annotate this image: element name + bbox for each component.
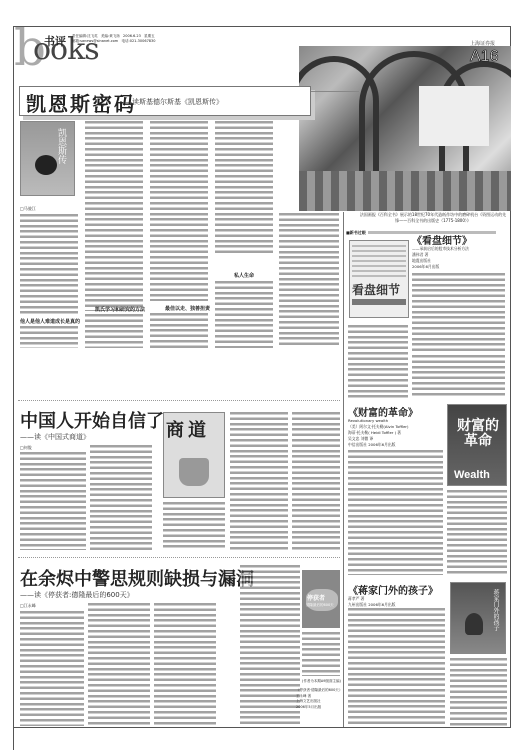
- cover-title: 商道: [166, 416, 210, 442]
- cover-band: [352, 299, 406, 305]
- sidebar-label: ■新书过眼: [346, 230, 366, 236]
- article2-col-2: [90, 445, 152, 550]
- article3-col-3: [154, 603, 216, 726]
- book-review-2a: [348, 450, 443, 575]
- main-article-col-1b: [20, 326, 78, 348]
- main-article-col-2b: [85, 314, 143, 348]
- book-meta-3: 蒋孝严 著 九州出版社 2006年6月出版: [348, 596, 395, 608]
- article3-author: □江永峰: [20, 603, 36, 609]
- main-article-col-4b: [215, 281, 273, 348]
- floor-shape: [299, 171, 511, 211]
- section-divider-1: [18, 400, 340, 401]
- book-cover-wealth: 财富的革命 Wealth: [447, 404, 507, 486]
- book-meta-1: ——承前启后的股市技术分析方法 潘伟君 著 地震出版社 2006年6月出版: [412, 246, 469, 270]
- article3-subtitle: ——读《停获者:德隆最后的600天》: [20, 590, 134, 600]
- book-cover-tinghuozhe: 停获者 德隆最后的600天: [302, 570, 340, 628]
- main-article-col-3c: [150, 283, 208, 301]
- book-title-1: 《看盘细节》: [412, 232, 472, 247]
- article2-author: □何俊: [20, 445, 32, 451]
- article2-subtitle: ——读《中国式商道》: [20, 432, 90, 442]
- main-article-col-4: [215, 121, 273, 256]
- sidebar-divider: [343, 212, 344, 727]
- cover-subtitle: 德隆最后的600天: [306, 603, 334, 608]
- cover-title: 财富的革命: [454, 419, 502, 449]
- photo-caption: 法国画报《百科全书》展示的18世纪70年代造纸作坊中的磨碎机台《资图运动的先锋—…: [358, 212, 508, 224]
- article3-col-5: [302, 632, 340, 676]
- book-cover-jiang: 蒋家门外的孩子: [450, 582, 506, 654]
- book-meta-2: Revolutionary wealth （美）阿尔文·托夫勒(Alvin To…: [348, 418, 408, 448]
- cover-title: 蒋家门外的孩子: [491, 589, 500, 631]
- book-review-3a: [348, 608, 445, 726]
- article3-book-info: 《停获者·德隆最后的600天》 王永峰 著 上海文艺出版社 2006年5月出版: [296, 688, 342, 710]
- book-review-1b: [348, 325, 408, 398]
- book-cover-shangdao: 商道: [163, 412, 225, 498]
- book-title-3: 《蒋家门外的孩子》: [348, 582, 438, 597]
- subhead-4: 私人生命: [234, 272, 254, 279]
- cover-en-title: Wealth: [454, 469, 490, 481]
- cover-vessel-graphic: [179, 458, 209, 486]
- article2-title: 中国人开始自信了: [20, 407, 164, 433]
- book-cover-keynes: 凯恩斯传: [20, 121, 75, 196]
- page-number: A16: [470, 48, 498, 66]
- article2-col-5: [292, 412, 340, 550]
- page-frame-bottom: [13, 727, 511, 728]
- title-connector-line: [311, 91, 359, 92]
- main-article-col-3b: [150, 313, 208, 348]
- article2-col-3: [163, 502, 225, 550]
- subhead-1: 他人是他人难道成长是真的: [20, 318, 80, 325]
- cover-portrait: [465, 613, 483, 635]
- engraving-photo: [299, 46, 511, 211]
- main-article-col-3: [150, 121, 208, 281]
- section-divider-2: [18, 557, 340, 558]
- cover-title: 看盘细节: [352, 281, 400, 298]
- subhead-3: 最佳以走、独善担责: [165, 305, 210, 312]
- cover-table-graphic: [352, 245, 406, 279]
- subhead-2: 凯氏学习和研究的方法: [95, 306, 145, 313]
- cover-title: 凯恩斯传: [55, 128, 68, 164]
- article3-title: 在余烬中警思规则缺损与漏洞: [20, 565, 254, 591]
- book-review-1c: [412, 355, 505, 398]
- main-article-col-5: [279, 213, 339, 348]
- article3-col-4: [240, 565, 300, 726]
- cover-title: 停获者: [307, 593, 325, 602]
- book-title-2: 《财富的革命》: [348, 404, 418, 419]
- section-category: 书评: [44, 33, 66, 49]
- article2-col-1: [20, 452, 86, 550]
- article2-col-4: [230, 412, 288, 550]
- cover-graphic: [35, 155, 57, 175]
- article3-col-2: [88, 603, 150, 726]
- article3-note: (作者为本期A9版面主编): [302, 679, 341, 684]
- main-article-subtitle: ——读斯基德尔斯基《凯恩斯传》: [118, 97, 223, 107]
- book-review-1a: [412, 273, 505, 353]
- book-review-2b: [447, 490, 507, 575]
- article3-col-1: [20, 611, 84, 726]
- main-article-col-2: [85, 121, 143, 311]
- book-cover-kanpan: 看盘细节: [349, 240, 409, 318]
- window-light: [419, 86, 489, 146]
- main-author: □马骏江: [20, 206, 36, 212]
- book-review-3b: [450, 658, 507, 726]
- main-article-col-1: [20, 214, 78, 314]
- editor-info: 责任编辑:沈飞英 美编:黄飞扬 2006.6.23 星期五 邮箱:sanews@…: [72, 34, 155, 44]
